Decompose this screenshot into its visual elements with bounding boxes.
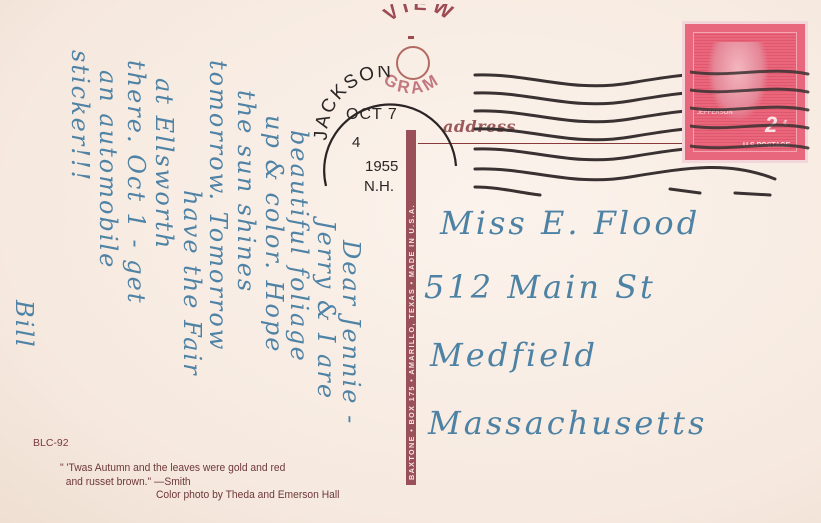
message-line: Jerry & I are <box>312 220 340 400</box>
message-line: Bill <box>10 300 38 349</box>
message-line: have the Fair <box>178 190 206 377</box>
postmark-time: 4 <box>352 134 360 151</box>
card-code: BLC-92 <box>33 437 69 449</box>
message-line: beautiful foliage <box>285 130 313 363</box>
svg-text:JACKSON: JACKSON <box>311 66 393 141</box>
recipient-state: Massachusetts <box>428 404 707 442</box>
photo-credit: Color photo by Theda and Emerson Hall <box>156 489 339 501</box>
recipient-street: 512 Main St <box>424 268 656 306</box>
message-line: up & color. Hope <box>260 115 288 354</box>
caption-quote: " 'Twas Autumn and the leaves were gold … <box>60 461 285 489</box>
message-line: Dear Jennie - <box>337 240 365 425</box>
message-line: at Ellsworth <box>150 78 178 250</box>
postmark: JACKSON <box>306 66 466 226</box>
stamp-cancel-lines <box>690 60 810 170</box>
postcard-back: VIEW GRAM address BAXTONE • BOX 175 • AM… <box>0 0 821 523</box>
message-line: tomorrow. Tomorrow <box>204 60 232 351</box>
logo-top-word: VIEW <box>380 4 460 26</box>
postmark-date: OCT 7 <box>346 106 398 124</box>
postmark-state: N.H. <box>364 178 394 195</box>
recipient-name: Miss E. Flood <box>440 204 700 242</box>
logo-dash <box>408 36 414 39</box>
svg-text:VIEW: VIEW <box>380 4 460 26</box>
recipient-city: Medfield <box>430 336 598 374</box>
postmark-city: JACKSON <box>311 66 393 141</box>
message-line: there. Oct 1 - get <box>122 60 150 304</box>
message-line: sticker!!! <box>66 50 94 182</box>
postmark-year: 1955 <box>365 158 398 175</box>
message-line: the sun shines <box>232 90 260 293</box>
message-line: an automobile <box>94 70 122 269</box>
